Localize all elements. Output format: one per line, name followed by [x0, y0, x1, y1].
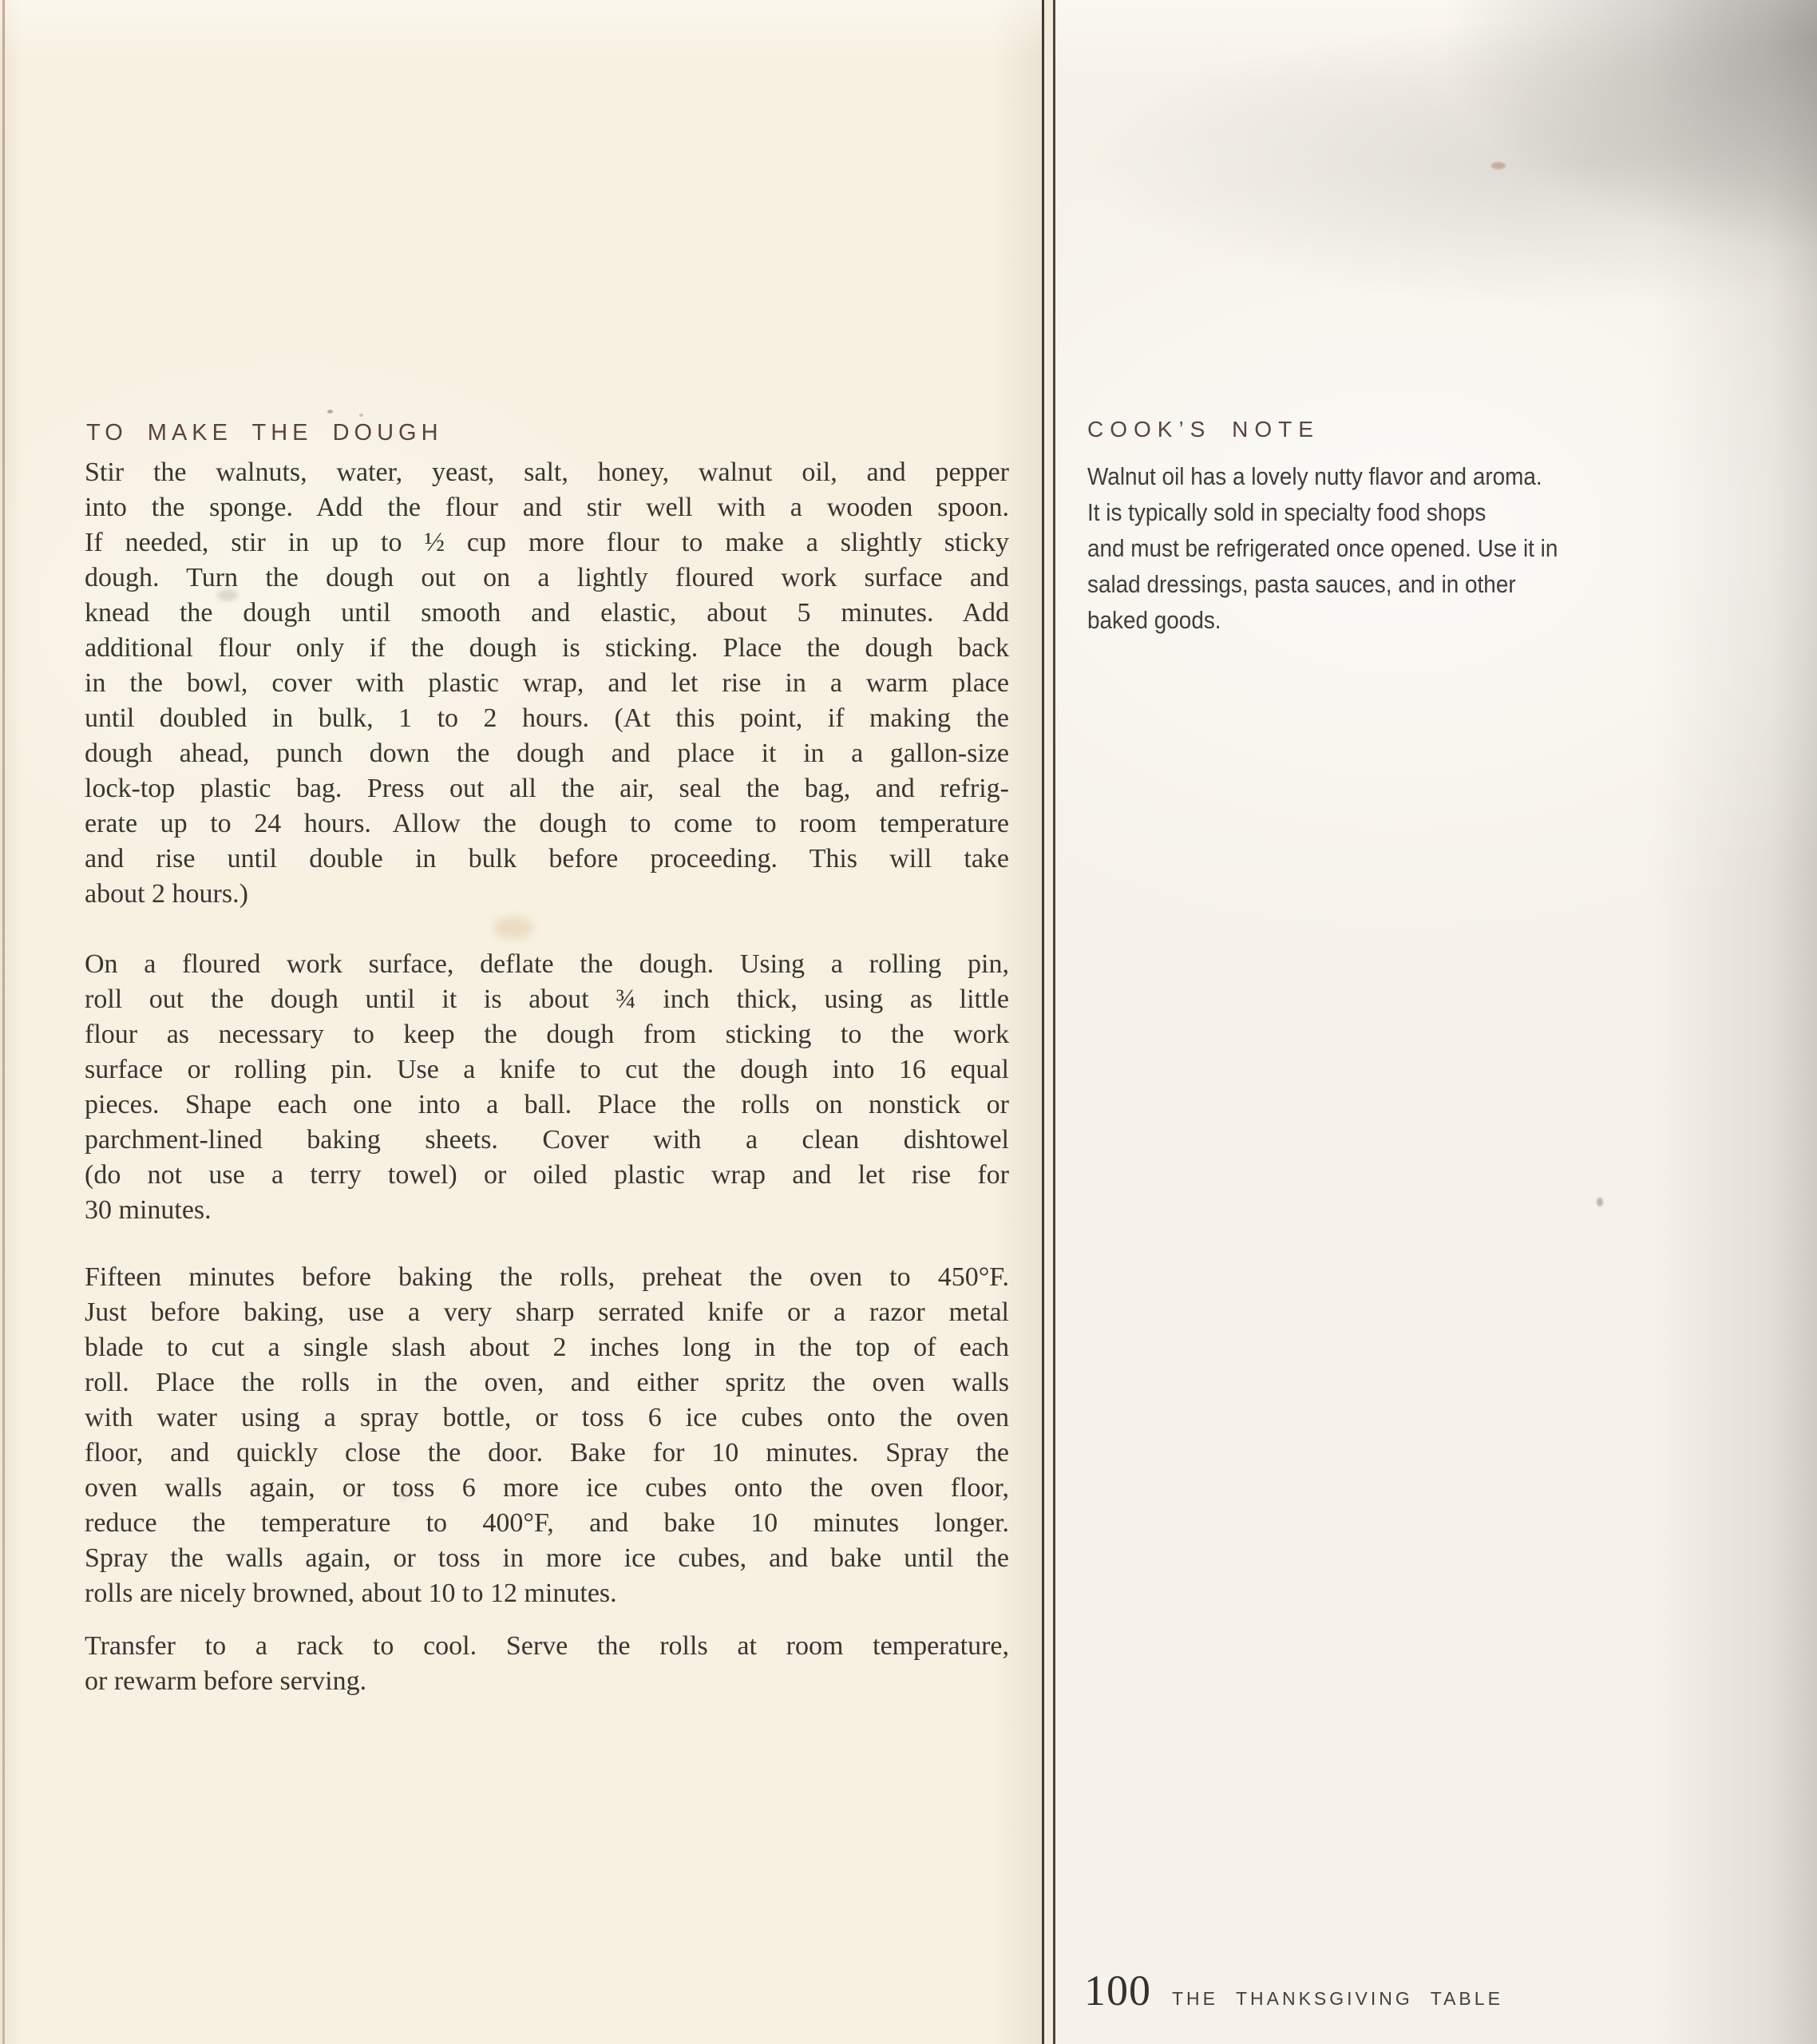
text-line: additional flour only if the dough is st… [85, 631, 1009, 666]
text-line: baked goods. [1087, 602, 1633, 638]
text-line: roll out the dough until it is about ¾ i… [85, 982, 1009, 1017]
text-line: roll. Place the rolls in the oven, and e… [85, 1365, 1009, 1400]
page-number: 100 [1084, 1966, 1151, 2015]
text-line: 30 minutes. [85, 1193, 1009, 1228]
text-line: On a floured work surface, deflate the d… [85, 947, 1009, 982]
text-line: It is typically sold in specialty food s… [1087, 494, 1633, 530]
scan-stain [1597, 1198, 1603, 1206]
text-line: floor, and quickly close the door. Bake … [85, 1436, 1009, 1471]
text-line: and rise until double in bulk before pro… [85, 842, 1009, 877]
text-line: with water using a spray bottle, or toss… [85, 1400, 1009, 1436]
page-edge-line [2, 0, 5, 2044]
gutter-rule-left [1042, 0, 1044, 2044]
scan-stain [217, 589, 238, 601]
text-line: erate up to 24 hours. Allow the dough to… [85, 806, 1009, 842]
text-line: Fifteen minutes before baking the rolls,… [85, 1260, 1009, 1295]
text-line: surface or rolling pin. Use a knife to c… [85, 1052, 1009, 1087]
text-line: salad dressings, pasta sauces, and in ot… [1087, 566, 1633, 602]
cooks-note-heading: COOK’S NOTE [1087, 416, 1320, 443]
scanned-cookbook-page: { "left": { "section_heading": "TO MAKE … [0, 0, 1817, 2044]
text-line: Stir the walnuts, water, yeast, salt, ho… [85, 455, 1009, 490]
text-line: dough ahead, punch down the dough and pl… [85, 736, 1009, 771]
scan-stain [396, 1491, 410, 1499]
text-line: Just before baking, use a very sharp ser… [85, 1295, 1009, 1330]
text-line: Spray the walls again, or toss in more i… [85, 1541, 1009, 1576]
recipe-paragraph: Transfer to a rack to cool. Serve the ro… [85, 1629, 1009, 1699]
cooks-note-body: Walnut oil has a lovely nutty flavor and… [1087, 458, 1694, 638]
text-line: Walnut oil has a lovely nutty flavor and… [1087, 458, 1633, 494]
text-line: about 2 hours.) [85, 877, 1009, 912]
text-line: pieces. Shape each one into a ball. Plac… [85, 1087, 1009, 1123]
recipe-body: Stir the walnuts, water, yeast, salt, ho… [85, 455, 1009, 1699]
recipe-paragraph: Stir the walnuts, water, yeast, salt, ho… [85, 455, 1009, 912]
scan-speck [359, 414, 363, 417]
recipe-paragraph: On a floured work surface, deflate the d… [85, 947, 1009, 1228]
text-line: If needed, stir in up to ½ cup more flou… [85, 525, 1009, 561]
scan-speck [327, 410, 333, 414]
text-line: until doubled in bulk, 1 to 2 hours. (At… [85, 701, 1009, 736]
text-line: oven walls again, or toss 6 more ice cub… [85, 1471, 1009, 1506]
section-heading: TO MAKE THE DOUGH [86, 418, 443, 447]
binding-gutter [1044, 0, 1053, 2044]
text-line: flour as necessary to keep the dough fro… [85, 1017, 1009, 1052]
scan-stain [1491, 162, 1506, 169]
text-line: in the bowl, cover with plastic wrap, an… [85, 666, 1009, 701]
text-line: into the sponge. Add the flour and stir … [85, 490, 1009, 525]
text-line: knead the dough until smooth and elastic… [85, 596, 1009, 631]
right-page [1055, 0, 1817, 2044]
text-line: Transfer to a rack to cool. Serve the ro… [85, 1629, 1009, 1664]
scan-stain [493, 917, 533, 939]
text-line: or rewarm before serving. [85, 1664, 1009, 1699]
gutter-rule-right [1053, 0, 1055, 2044]
page-footer: 100 THE THANKSGIVING TABLE [1084, 1966, 1503, 2015]
text-line: parchment-lined baking sheets. Cover wit… [85, 1123, 1009, 1158]
recipe-paragraph: Fifteen minutes before baking the rolls,… [85, 1260, 1009, 1611]
text-line: rolls are nicely browned, about 10 to 12… [85, 1576, 1009, 1611]
text-line: and must be refrigerated once opened. Us… [1087, 530, 1633, 566]
book-title-footer: THE THANKSGIVING TABLE [1172, 1988, 1503, 2010]
text-line: lock-top plastic bag. Press out all the … [85, 771, 1009, 806]
text-line: blade to cut a single slash about 2 inch… [85, 1330, 1009, 1365]
text-line: (do not use a terry towel) or oiled plas… [85, 1158, 1009, 1193]
text-line: reduce the temperature to 400°F, and bak… [85, 1506, 1009, 1541]
